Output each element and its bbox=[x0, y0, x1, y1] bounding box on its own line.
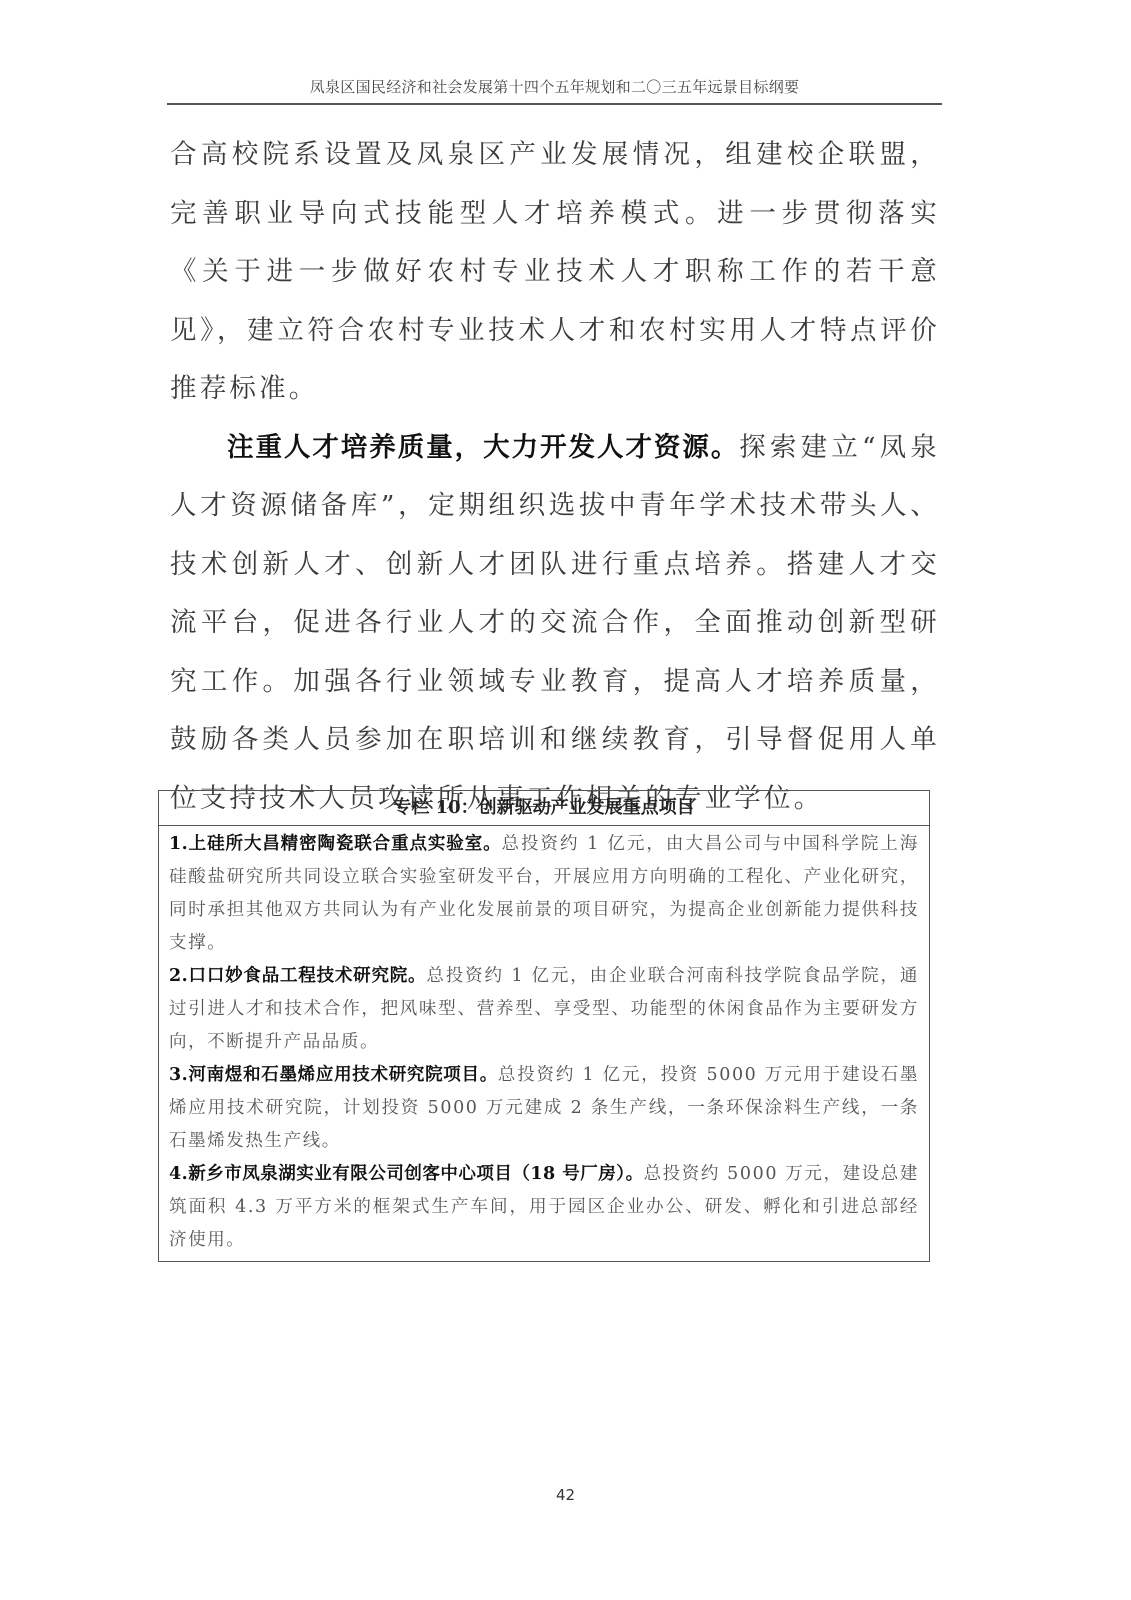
box-item: 1.上硅所大昌精密陶瓷联合重点实验室。总投资约 1 亿元，由大昌公司与中国科学院… bbox=[169, 828, 919, 960]
box-item-lead: 3.河南煜和石墨烯应用技术研究院项目。 bbox=[169, 1065, 498, 1085]
box-title: 专栏 10：创新驱动产业发展重点项目 bbox=[159, 791, 929, 826]
box-item-lead: 4.新乡市凤泉湖实业有限公司创客中心项目（18 号厂房）。 bbox=[169, 1164, 644, 1184]
feature-box: 专栏 10：创新驱动产业发展重点项目 1.上硅所大昌精密陶瓷联合重点实验室。总投… bbox=[158, 790, 930, 1262]
box-body: 1.上硅所大昌精密陶瓷联合重点实验室。总投资约 1 亿元，由大昌公司与中国科学院… bbox=[159, 826, 929, 1261]
box-item-lead: 2.口口妙食品工程技术研究院。 bbox=[169, 966, 426, 986]
page-number: 42 bbox=[0, 1486, 1131, 1504]
body-text: 合高校院系设置及凤泉区产业发展情况，组建校企联盟，完善职业导向式技能型人才培养模… bbox=[170, 126, 940, 828]
running-header: 凤泉区国民经济和社会发展第十四个五年规划和二〇三五年远景目标纲要 bbox=[167, 76, 942, 97]
paragraph-1: 合高校院系设置及凤泉区产业发展情况，组建校企联盟，完善职业导向式技能型人才培养模… bbox=[170, 126, 940, 419]
paragraph-2-text: 探索建立“凤泉人才资源储备库”，定期组织选拔中青年学术技术带头人、技术创新人才、… bbox=[170, 432, 940, 814]
box-item: 2.口口妙食品工程技术研究院。总投资约 1 亿元，由企业联合河南科技学院食品学院… bbox=[169, 960, 919, 1059]
box-item: 4.新乡市凤泉湖实业有限公司创客中心项目（18 号厂房）。总投资约 5000 万… bbox=[169, 1158, 919, 1257]
paragraph-2-lead: 注重人才培养质量，大力开发人才资源。 bbox=[227, 432, 739, 463]
header-divider bbox=[167, 103, 942, 105]
box-item: 3.河南煜和石墨烯应用技术研究院项目。总投资约 1 亿元，投资 5000 万元用… bbox=[169, 1059, 919, 1158]
paragraph-2: 注重人才培养质量，大力开发人才资源。探索建立“凤泉人才资源储备库”，定期组织选拔… bbox=[170, 419, 940, 829]
box-item-lead: 1.上硅所大昌精密陶瓷联合重点实验室。 bbox=[169, 834, 502, 854]
